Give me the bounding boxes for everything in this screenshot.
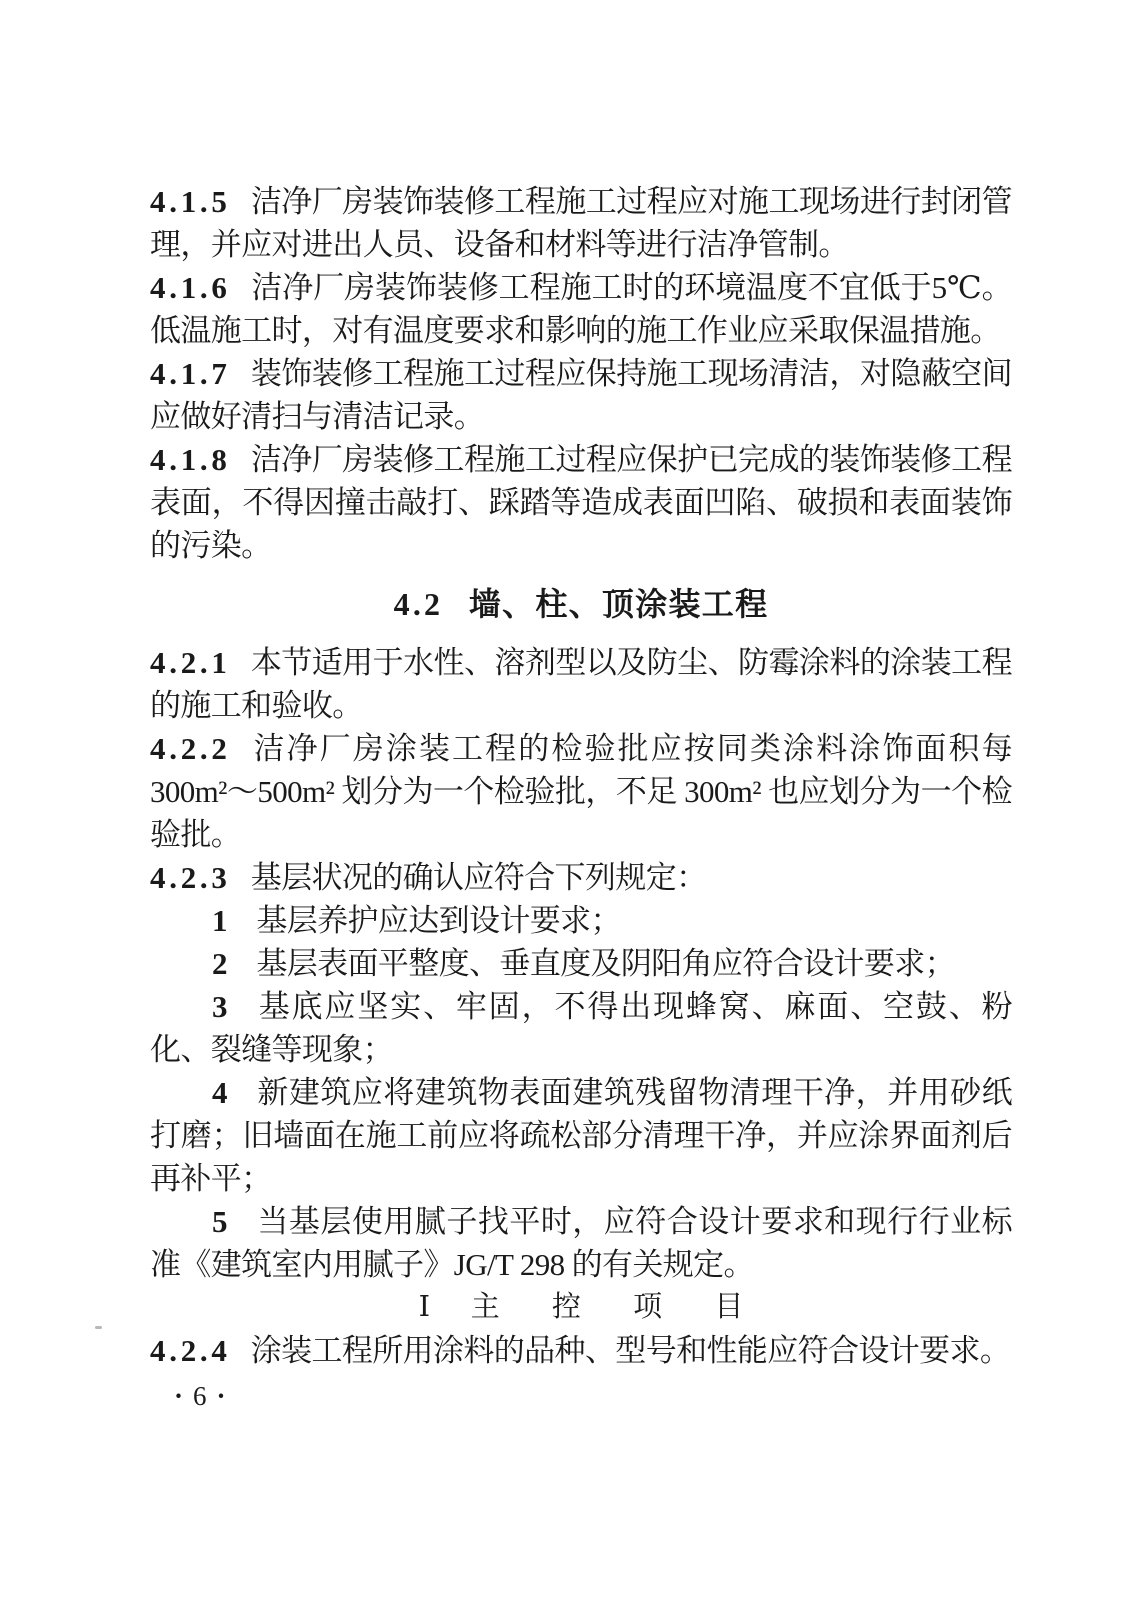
sub-item-3: 3基底应坚实、牢固，不得出现蜂窝、麻面、空鼓、粉化、裂缝等现象； xyxy=(150,985,1012,1071)
clause-4-2-4: 4.2.4涂装工程所用涂料的品种、型号和性能应符合设计要求。 xyxy=(150,1329,1012,1372)
sub-item-5: 5当基层使用腻子找平时，应符合设计要求和现行行业标准《建筑室内用腻子》JG/T … xyxy=(150,1200,1012,1286)
footer-right-dot: · xyxy=(217,1381,226,1411)
sub-item-4: 4新建筑应将建筑物表面建筑残留物清理干净，并用砂纸打磨；旧墙面在施工前应将疏松部… xyxy=(150,1071,1012,1200)
clause-text: 本节适用于水性、溶剂型以及防尘、防霉涂料的涂装工程的施工和验收。 xyxy=(150,645,1012,723)
page-footer: ·6· xyxy=(164,1378,1012,1414)
clause-4-1-8: 4.1.8洁净厂房装修工程施工过程应保护已完成的装饰装修工程表面，不得因撞击敲打… xyxy=(150,438,1012,567)
footer-left-dot: · xyxy=(174,1381,183,1411)
sub-item-text: 基层表面平整度、垂直度及阴阳角应符合设计要求； xyxy=(256,946,955,981)
clause-text: 洁净厂房装修工程施工过程应保护已完成的装饰装修工程表面，不得因撞击敲打、踩踏等造… xyxy=(150,442,1012,563)
clause-4-2-1: 4.2.1本节适用于水性、溶剂型以及防尘、防霉涂料的涂装工程的施工和验收。 xyxy=(150,641,1012,727)
scan-artifact-speck xyxy=(95,1326,102,1329)
section-heading-4-2: 4.2墙、柱、顶涂装工程 xyxy=(150,582,1012,626)
clause-number: 4.2.4 xyxy=(150,1333,231,1368)
clause-text: 装饰装修工程施工过程应保持施工现场清洁，对隐蔽空间应做好清扫与清洁记录。 xyxy=(150,356,1012,434)
clause-number: 4.2.1 xyxy=(150,645,231,680)
clause-4-1-5: 4.1.5洁净厂房装饰装修工程施工过程应对施工现场进行封闭管理，并应对进出人员、… xyxy=(150,180,1012,266)
clause-4-1-6: 4.1.6洁净厂房装饰装修工程施工时的环境温度不宜低于5℃。低温施工时，对有温度… xyxy=(150,266,1012,352)
clause-number: 4.1.6 xyxy=(150,270,231,305)
roman-numeral-one: Ⅰ xyxy=(419,1291,430,1323)
sub-item-number: 4 xyxy=(212,1075,227,1110)
section-4-2: 4.2.1本节适用于水性、溶剂型以及防尘、防霉涂料的涂装工程的施工和验收。 4.… xyxy=(150,641,1012,1372)
clause-4-2-2: 4.2.2洁净厂房涂装工程的检验批应按同类涂料涂饰面积每300m²～500m² … xyxy=(150,727,1012,856)
clause-text: 洁净厂房装饰装修工程施工过程应对施工现场进行封闭管理，并应对进出人员、设备和材料… xyxy=(150,184,1012,262)
sub-item-text: 新建筑应将建筑物表面建筑残留物清理干净，并用砂纸打磨；旧墙面在施工前应将疏松部分… xyxy=(150,1075,1012,1196)
sub-item-2: 2基层表面平整度、垂直度及阴阳角应符合设计要求； xyxy=(150,942,1012,985)
clause-number: 4.2.3 xyxy=(150,860,231,895)
document-page: 4.1.5洁净厂房装饰装修工程施工过程应对施工现场进行封闭管理，并应对进出人员、… xyxy=(150,180,1012,1414)
section-heading-title: 墙、柱、顶涂装工程 xyxy=(469,586,769,622)
clause-text: 基层状况的确认应符合下列规定： xyxy=(251,860,707,895)
sub-item-1: 1基层养护应达到设计要求； xyxy=(150,899,1012,942)
section-heading-number: 4.2 xyxy=(394,586,444,622)
clause-number: 4.1.8 xyxy=(150,442,231,477)
subsection-marker-title: 主控项目 xyxy=(471,1291,796,1323)
clause-4-1-7: 4.1.7装饰装修工程施工过程应保持施工现场清洁，对隐蔽空间应做好清扫与清洁记录… xyxy=(150,352,1012,438)
subsection-marker-main-control-items: Ⅰ主控项目 xyxy=(150,1286,1012,1329)
sub-item-text: 基底应坚实、牢固，不得出现蜂窝、麻面、空鼓、粉化、裂缝等现象； xyxy=(150,989,1012,1067)
clause-text: 洁净厂房涂装工程的检验批应按同类涂料涂饰面积每300m²～500m² 划分为一个… xyxy=(150,731,1012,852)
page-number: 6 xyxy=(193,1381,207,1411)
clause-number: 4.1.5 xyxy=(150,184,231,219)
sub-item-number: 2 xyxy=(212,946,227,981)
sub-item-number: 5 xyxy=(212,1204,227,1239)
sub-item-number: 1 xyxy=(212,903,227,938)
sub-item-number: 3 xyxy=(212,989,227,1024)
clause-number: 4.1.7 xyxy=(150,356,231,391)
section-4-1: 4.1.5洁净厂房装饰装修工程施工过程应对施工现场进行封闭管理，并应对进出人员、… xyxy=(150,180,1012,567)
sub-item-text: 当基层使用腻子找平时，应符合设计要求和现行行业标准《建筑室内用腻子》JG/T 2… xyxy=(150,1204,1012,1282)
clause-4-2-3: 4.2.3基层状况的确认应符合下列规定： xyxy=(150,856,1012,899)
clause-text: 洁净厂房装饰装修工程施工时的环境温度不宜低于5℃。低温施工时，对有温度要求和影响… xyxy=(150,270,1012,348)
clause-text: 涂装工程所用涂料的品种、型号和性能应符合设计要求。 xyxy=(251,1333,1011,1368)
sub-item-text: 基层养护应达到设计要求； xyxy=(256,903,621,938)
clause-number: 4.2.2 xyxy=(150,731,231,766)
